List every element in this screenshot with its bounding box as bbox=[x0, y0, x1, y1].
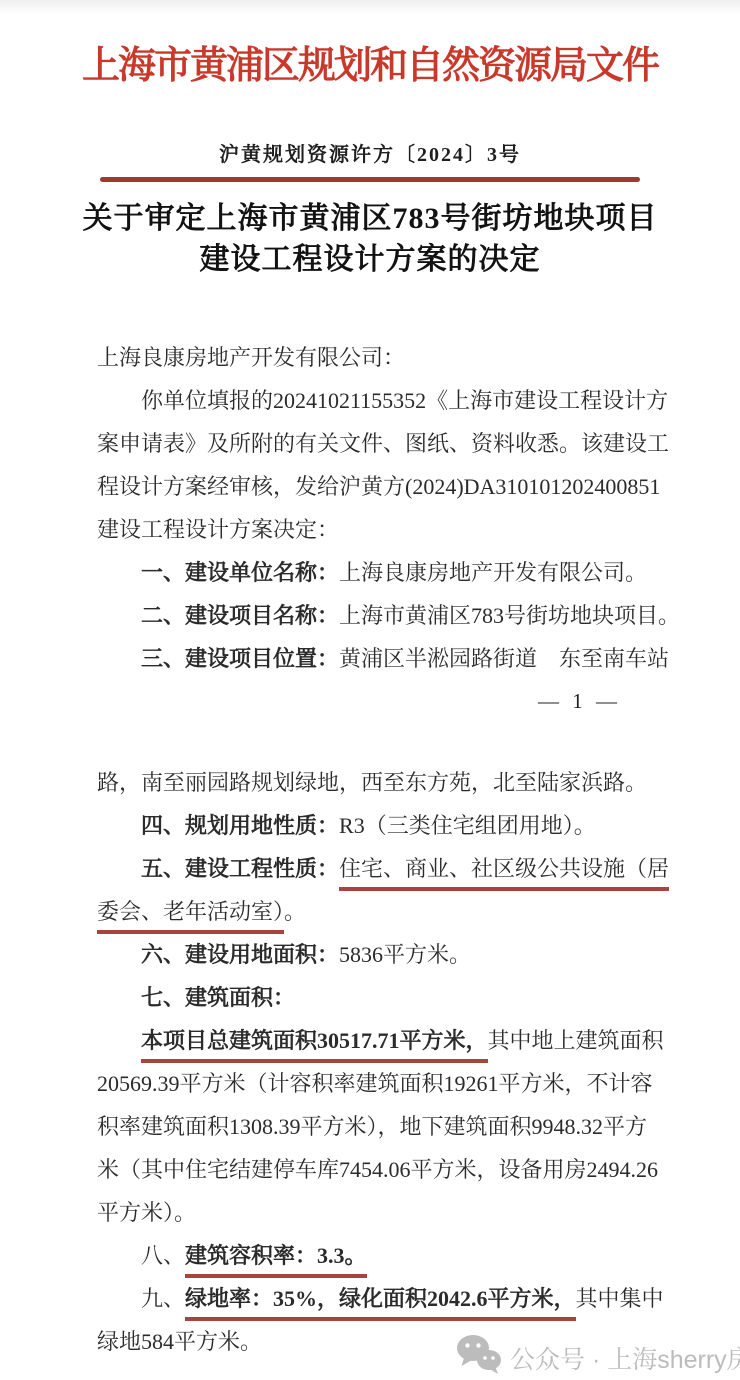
doc-line: 三、建设项目位置：黄浦区半淞园路街道 东至南车站 bbox=[97, 637, 645, 680]
doc-text-segment: 四、规划用地性质： bbox=[141, 813, 339, 838]
doc-text-segment: 三、建设项目位置： bbox=[141, 646, 339, 671]
doc-line: 九、绿地率：35%，绿化面积2042.6平方米，其中集中 bbox=[97, 1277, 645, 1320]
doc-line: 一、建设单位名称：上海良康房地产开发有限公司。 bbox=[97, 551, 645, 594]
doc-line: 二、建设项目名称：上海市黄浦区783号街坊地块项目。 bbox=[97, 594, 645, 637]
doc-text-segment: 你单位填报的20241021155352《上海市建设工程设计方 bbox=[141, 388, 668, 413]
document-title-line1: 关于审定上海市黄浦区783号街坊地块项目 bbox=[0, 198, 740, 239]
doc-text-segment: 路，南至丽园路规划绿地，西至东方苑，北至陆家浜路。 bbox=[97, 770, 647, 795]
doc-text-segment: 绿地584平方米。 bbox=[97, 1329, 262, 1354]
doc-line: 路，南至丽园路规划绿地，西至东方苑，北至陆家浜路。 bbox=[97, 761, 645, 804]
doc-text-segment: 一、建设单位名称： bbox=[141, 560, 339, 585]
doc-text-segment: 住宅、商业、社区级公共设施（居 bbox=[339, 856, 669, 891]
doc-line: 你单位填报的20241021155352《上海市建设工程设计方 bbox=[97, 379, 645, 422]
page2-text-block: 路，南至丽园路规划绿地，西至东方苑，北至陆家浜路。四、规划用地性质：R3（三类住… bbox=[97, 761, 645, 1363]
doc-text-segment: 其中集中 bbox=[576, 1286, 664, 1311]
doc-text-segment: 上海良康房地产开发有限公司： bbox=[97, 345, 405, 370]
agency-header: 上海市黄浦区规划和自然资源局文件 bbox=[0, 34, 740, 89]
doc-line: 积率建筑面积1308.39平方米），地下建筑面积9948.32平方 bbox=[97, 1105, 645, 1148]
doc-text-segment: 建筑容积率：3.3。 bbox=[185, 1243, 367, 1278]
doc-text-segment: 上海市黄浦区783号街坊地块项目。 bbox=[339, 603, 680, 628]
doc-text-segment: 本项目总建筑面积30517.71平方米， bbox=[141, 1028, 488, 1063]
watermark: 公众号 · 上海sherry房产 bbox=[456, 1334, 740, 1380]
page-break-gap bbox=[97, 723, 645, 761]
header-divider-rule bbox=[100, 177, 640, 182]
doc-line: 建设工程设计方案决定： bbox=[97, 508, 645, 551]
document-body: 上海良康房地产开发有限公司：你单位填报的20241021155352《上海市建设… bbox=[97, 336, 645, 1363]
doc-line: 七、建筑面积： bbox=[97, 976, 645, 1019]
doc-text-segment: 米（其中住宅结建停车库7454.06平方米，设备用房2494.26 bbox=[97, 1157, 658, 1182]
doc-text-segment: 积率建筑面积1308.39平方米），地下建筑面积9948.32平方 bbox=[97, 1114, 647, 1139]
document-title: 关于审定上海市黄浦区783号街坊地块项目 建设工程设计方案的决定 bbox=[0, 198, 740, 280]
watermark-label: 公众号 · 上海sherry房产 bbox=[510, 1340, 740, 1376]
doc-text-segment: 六、建设用地面积： bbox=[141, 942, 339, 967]
page-number: — 1 — bbox=[97, 680, 645, 723]
doc-line: 四、规划用地性质：R3（三类住宅组团用地）。 bbox=[97, 804, 645, 847]
doc-text-segment: 二、建设项目名称： bbox=[141, 603, 339, 628]
doc-line: 平方米）。 bbox=[97, 1191, 645, 1234]
doc-text-segment: 八、 bbox=[141, 1243, 185, 1268]
doc-text-segment: 5836平方米。 bbox=[339, 942, 471, 967]
doc-text-segment: 五、建设工程性质： bbox=[141, 856, 339, 881]
page1-text-block: 上海良康房地产开发有限公司：你单位填报的20241021155352《上海市建设… bbox=[97, 336, 645, 680]
doc-line: 20569.39平方米（计容积率建筑面积19261平方米，不计容 bbox=[97, 1062, 645, 1105]
doc-text-segment: 。 bbox=[284, 899, 306, 924]
doc-line: 八、建筑容积率：3.3。 bbox=[97, 1234, 645, 1277]
doc-text-segment: 七、建筑面积： bbox=[141, 985, 295, 1010]
doc-text-segment: 九、 bbox=[141, 1286, 185, 1311]
doc-text-segment: 程设计方案经审核，发给沪黄方(2024)DA310101202400851 bbox=[97, 474, 660, 499]
wechat-icon bbox=[456, 1334, 502, 1380]
doc-text-segment: R3（三类住宅组团用地）。 bbox=[339, 813, 596, 838]
doc-text-segment: 案申请表》及所附的有关文件、图纸、资料收悉。该建设工 bbox=[97, 431, 669, 456]
document-page: 上海市黄浦区规划和自然资源局文件 沪黄规划资源许方〔2024〕3号 关于审定上海… bbox=[0, 0, 740, 1380]
doc-text-segment: 黄浦区半淞园路街道 东至南车站 bbox=[339, 646, 669, 671]
doc-text-segment: 20569.39平方米（计容积率建筑面积19261平方米，不计容 bbox=[97, 1071, 653, 1096]
doc-line: 米（其中住宅结建停车库7454.06平方米，设备用房2494.26 bbox=[97, 1148, 645, 1191]
doc-text-segment: 平方米）。 bbox=[97, 1200, 196, 1225]
document-number: 沪黄规划资源许方〔2024〕3号 bbox=[0, 138, 740, 167]
doc-text-segment: 委会、老年活动室） bbox=[97, 899, 284, 934]
doc-text-segment: 绿地率：35%，绿化面积2042.6平方米， bbox=[185, 1286, 576, 1321]
doc-line: 案申请表》及所附的有关文件、图纸、资料收悉。该建设工 bbox=[97, 422, 645, 465]
document-title-line2: 建设工程设计方案的决定 bbox=[0, 239, 740, 280]
doc-text-segment: 建设工程设计方案决定： bbox=[97, 517, 339, 542]
doc-line: 上海良康房地产开发有限公司： bbox=[97, 336, 645, 379]
doc-line: 六、建设用地面积：5836平方米。 bbox=[97, 933, 645, 976]
doc-line: 本项目总建筑面积30517.71平方米，其中地上建筑面积 bbox=[97, 1019, 645, 1062]
doc-text-segment: 其中地上建筑面积 bbox=[488, 1028, 664, 1053]
doc-text-segment: 上海良康房地产开发有限公司。 bbox=[339, 560, 647, 585]
doc-line: 程设计方案经审核，发给沪黄方(2024)DA310101202400851 bbox=[97, 465, 645, 508]
doc-line: 五、建设工程性质：住宅、商业、社区级公共设施（居 bbox=[97, 847, 645, 890]
doc-line: 委会、老年活动室）。 bbox=[97, 890, 645, 933]
